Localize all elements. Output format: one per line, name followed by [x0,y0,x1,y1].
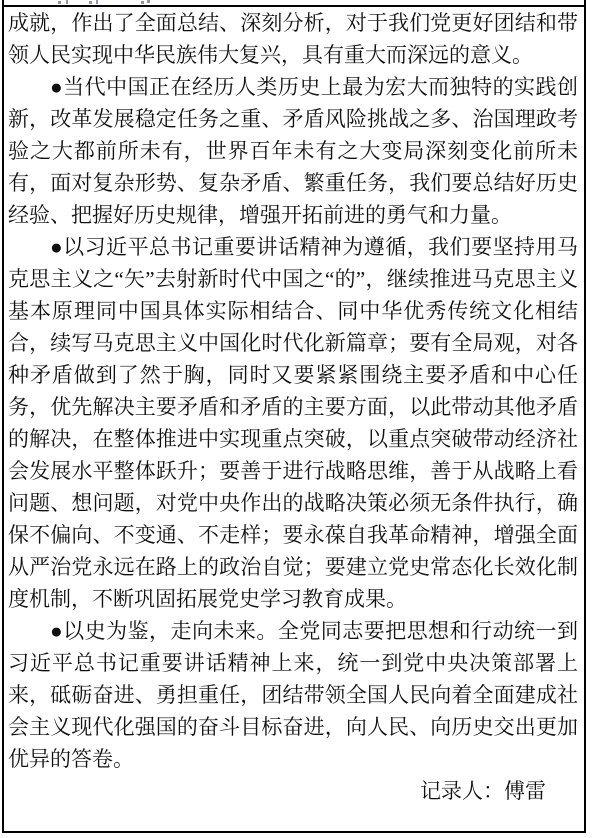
cropped-text-remnant [66,0,68,4]
cropped-text-remnant [89,1,92,4]
recorder-signature: 记录人：傅雷 [8,775,578,807]
meeting-minutes-text: 成就，作出了全面总结、深刻分析，对于我们党更好团结和带领人民实现中华民族伟大复兴… [8,7,578,823]
bullet-marker: ● [50,75,63,99]
document-page: 成就，作出了全面总结、深刻分析，对于我们党更好团结和带领人民实现中华民族伟大复兴… [0,0,592,838]
cropped-text-remnant [147,0,150,3]
cropped-text-remnant [141,1,144,4]
cropped-text-remnant [58,1,61,4]
bullet-marker: ● [50,235,63,259]
bullet-marker: ● [50,619,63,643]
paragraph: ●以史为鉴，走向未来。全党同志要把思想和行动统一到习近平总书记重要讲话精神上来，… [8,615,578,775]
paragraph: ●当代中国正在经历人类历史上最为宏大而独特的实践创新，改革发展稳定任务之重、矛盾… [8,71,578,231]
cropped-text-remnant [96,0,98,4]
paragraph: 成就，作出了全面总结、深刻分析，对于我们党更好团结和带领人民实现中华民族伟大复兴… [8,7,578,71]
paragraph: ●以习近平总书记重要讲话精神为遵循，我们要坚持用马克思主义之“矢”去射新时代中国… [8,231,578,615]
paragraph-list: 成就，作出了全面总结、深刻分析，对于我们党更好团结和带领人民实现中华民族伟大复兴… [8,7,578,775]
